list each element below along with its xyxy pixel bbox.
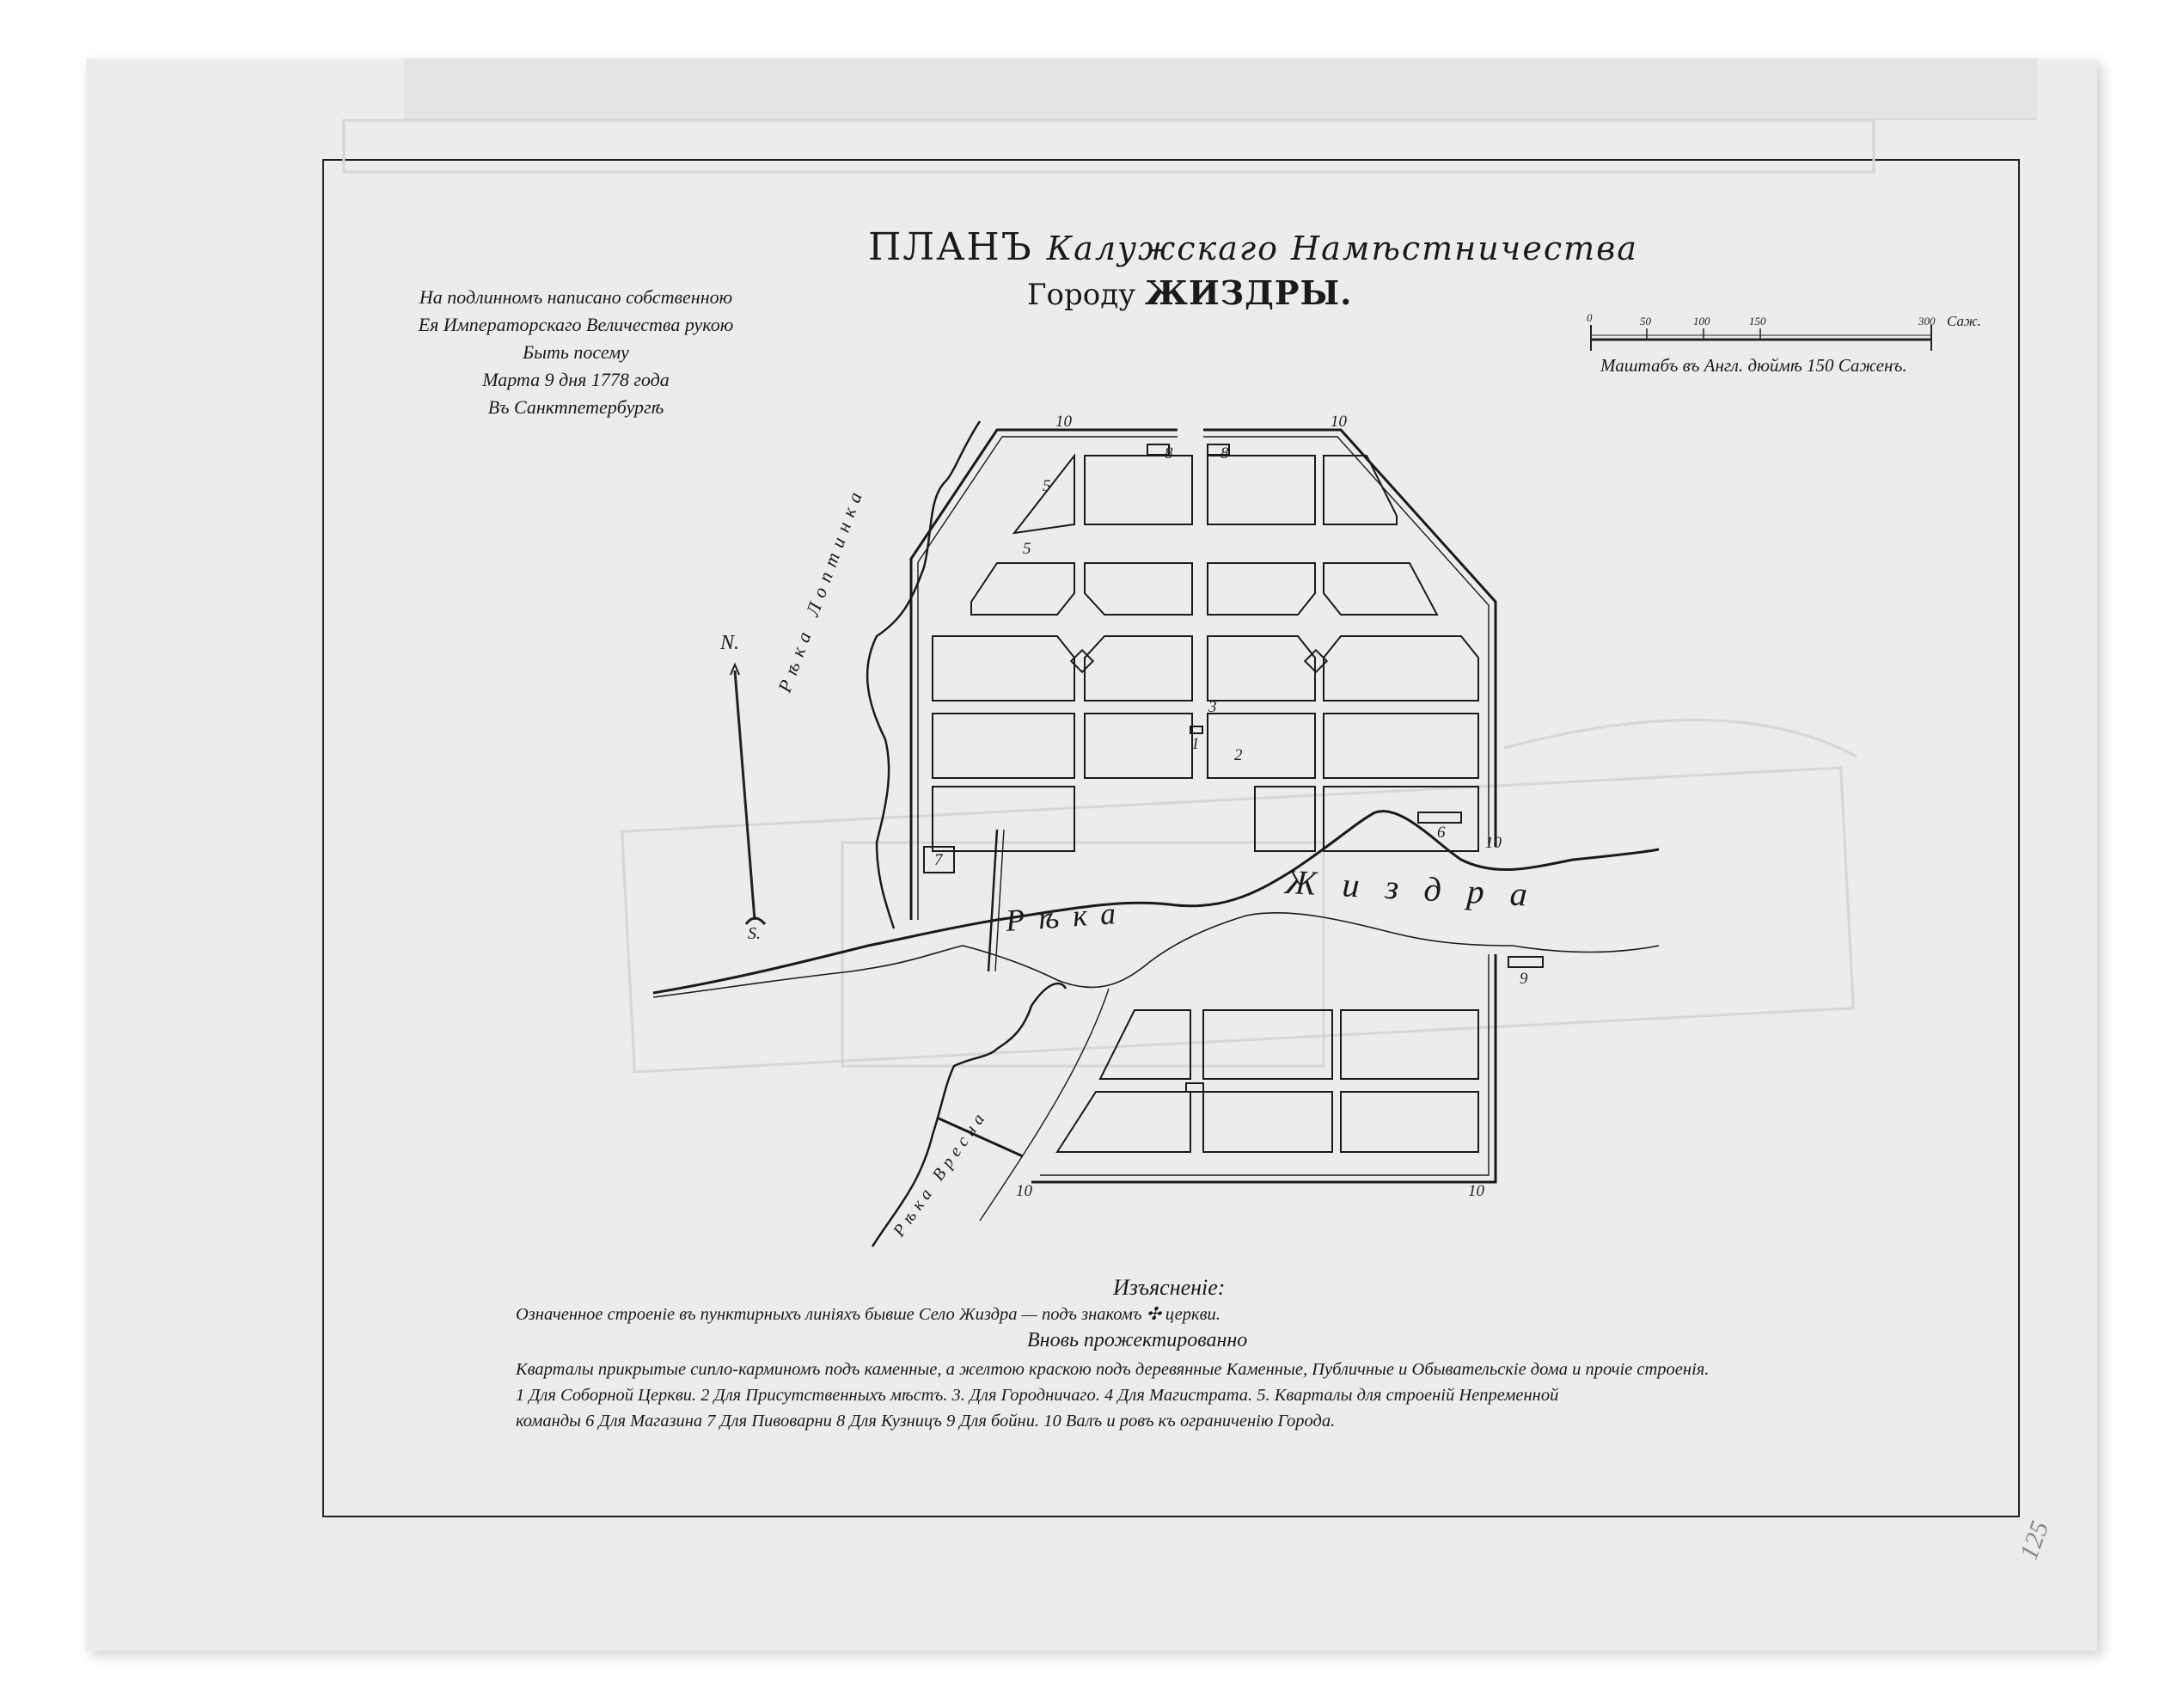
approval-line: Въ Санктпетербургѣ — [352, 394, 799, 421]
legend-existing-note: Означенное строеніе въ пунктирныхъ линія… — [516, 1303, 1220, 1325]
wall-marker-label: 10 — [1468, 1182, 1484, 1201]
subtitle-prefix: Городу — [1027, 278, 1135, 312]
wall-marker-label: 10 — [1331, 413, 1347, 432]
block-number: 8 — [1220, 444, 1229, 463]
subtitle-town: ЖИЗДРЫ. — [1145, 273, 1352, 312]
legend-line: 1 Для Соборной Церкви. 2 Для Присутствен… — [516, 1386, 1558, 1406]
block-number: 8 — [1165, 444, 1173, 463]
scale-bar — [1591, 325, 1931, 351]
title-prefix: ПЛАНЪ — [868, 225, 1033, 269]
scale-tick-label: 50 — [1640, 315, 1651, 328]
approval-line: На подлинномъ написано собственною — [352, 284, 799, 311]
wall-marker-label: 10 — [1016, 1182, 1032, 1201]
scale-tick-label: 150 — [1749, 315, 1766, 328]
imperial-approval-note: На подлинномъ написано собственною Ея Им… — [352, 284, 799, 421]
block-number: 1 — [1191, 735, 1200, 754]
scale-tick-label: 100 — [1693, 315, 1710, 328]
compass-south-label: S. — [748, 924, 761, 944]
compass-needle — [731, 665, 765, 924]
wall-marker-label: 10 — [1055, 413, 1072, 432]
map-title: ПЛАНЪ Калужскаго Намѣстничества — [868, 225, 1638, 269]
block-number: 6 — [1437, 824, 1446, 842]
block-number: 3 — [1208, 698, 1217, 717]
block-number: 2 — [1234, 746, 1243, 765]
map-subtitle: Городу ЖИЗДРЫ. — [1027, 273, 1352, 312]
scale-tick-label: 0 — [1587, 311, 1593, 325]
approval-line: Ея Императорскаго Величества рукою — [352, 311, 799, 339]
legend-line: Кварталы прикрытые сипло-карминомъ подъ … — [516, 1360, 1709, 1380]
approval-line: Марта 9 дня 1778 года — [352, 366, 799, 394]
legend-projected-heading: Вновь прожектированно — [1027, 1329, 1247, 1352]
scale-tick-label: 300 — [1918, 315, 1936, 328]
block-number: 5 — [1023, 540, 1031, 559]
scale-unit-label: Саж. — [1947, 313, 1981, 330]
block-number: 7 — [934, 851, 943, 870]
block-number: 5 — [1043, 477, 1051, 496]
compass-north-label: N. — [720, 632, 739, 655]
block-number: 9 — [1520, 970, 1528, 989]
wall-marker-label: 10 — [1485, 834, 1502, 853]
approval-line: Быть посему — [352, 339, 799, 366]
scale-caption: Маштабъ въ Англ. дюймѣ 150 Саженъ. — [1600, 355, 1907, 377]
title-script: Калужскаго Намѣстничества — [1047, 230, 1638, 267]
legend-line: команды 6 Для Магазина 7 Для Пивоварни 8… — [516, 1412, 1335, 1431]
legend-heading: Изъясненіе: — [1113, 1275, 1225, 1301]
